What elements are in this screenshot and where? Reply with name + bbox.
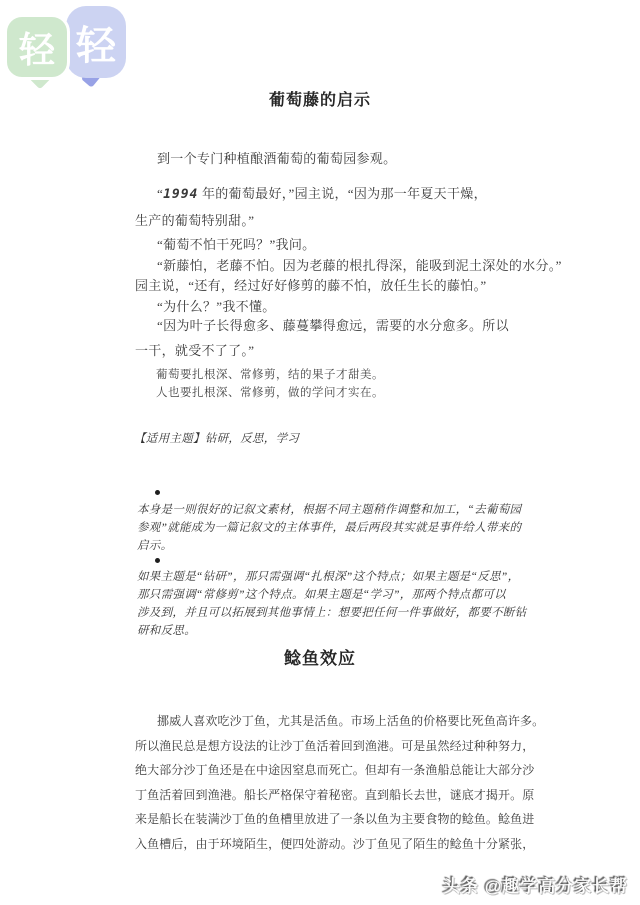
dialogue-line: “因为叶子长得愈多、藤蔓攀得愈远，需要的水分愈多。所以 (157, 318, 509, 334)
dialogue-line-1994: “1994 年的葡萄最好，”园主说，“因为那一年夏天干燥， (157, 186, 487, 203)
dialogue-line: “葡萄不怕干死吗？”我问。 (157, 237, 315, 253)
story-line: 绝大部分沙丁鱼还是在中途因窒息而死亡。但却有一条渔船总能让大部分沙 (135, 763, 534, 777)
qingqing-logo: 轻 轻 (0, 0, 140, 100)
moral-line: 人也要扎根深、常修剪，做的学问才实在。 (156, 387, 384, 401)
logo-blue-speech-bubble-icon: 轻 (66, 6, 126, 78)
note-line: 启示。 (137, 540, 172, 554)
story-line: 所以渔民总是想方设法的让沙丁鱼活着回到渔港。可是虽然经过种种努力， (135, 739, 534, 753)
article1-title: 葡萄藤的启示 (0, 87, 640, 110)
dialogue-line-1994-rest: 年的葡萄最好，”园主说，“因为那一年夏天干燥， (198, 186, 487, 201)
story-line: 丁鱼活着回到渔港。船长严格保守着秘密。直到船长去世，谜底才揭开。原 (135, 788, 534, 802)
note-bullet-icon (155, 558, 160, 563)
note-line: 参观”就能成为一篇记叙文的主体事件，最后两段其实就是事件给人带来的 (137, 522, 521, 536)
logo-left-character: 轻 (19, 22, 55, 73)
logo-green-speech-bubble-icon: 轻 (4, 14, 70, 80)
year-1994: 1994 (163, 187, 198, 202)
article1-intro-line: 到一个专门种植酿酒葡萄的葡萄园参观。 (157, 151, 396, 167)
applicable-topics-line: 【适用主题】钻研，反思，学习 (134, 433, 299, 447)
moral-line: 葡萄要扎根深、常修剪，结的果子才甜美。 (156, 369, 384, 383)
note-line: 研和反思。 (137, 625, 196, 639)
note-bullet-icon (155, 490, 160, 495)
dialogue-line: 一干，就受不了了。” (135, 343, 254, 359)
note-line: 涉及到，并且可以拓展到其他事情上：想要把任何一件事做好，都要不断钻 (137, 607, 526, 621)
logo-right-character: 轻 (76, 14, 116, 71)
note-line: 本身是一则很好的记叙文素材，根据不同主题稍作调整和加工，“去葡萄园 (137, 504, 521, 518)
dialogue-line: “为什么？”我不懂。 (157, 299, 276, 315)
story-line: 来是船长在装满沙丁鱼的鱼槽里放进了一条以鱼为主要食物的鲶鱼。鲶鱼进 (135, 812, 534, 826)
story-line: 入鱼槽后，由于环境陌生，便四处游动。沙丁鱼见了陌生的鲶鱼十分紧张， (135, 837, 534, 851)
document-page: 轻 轻 葡萄藤的启示 到一个专门种植酿酒葡萄的葡萄园参观。 “1994 年的葡萄… (0, 0, 640, 905)
dialogue-line: “新藤怕，老藤不怕。因为老藤的根扎得深，能吸到泥土深处的水分。” (157, 258, 562, 274)
article2-title: 鲶鱼效应 (0, 644, 640, 669)
dialogue-line: 园主说，“还有，经过好好修剪的藤不怕，放任生长的藤怕。” (135, 278, 486, 294)
story-line: 挪威人喜欢吃沙丁鱼，尤其是活鱼。市场上活鱼的价格要比死鱼高许多。 (157, 714, 544, 728)
toutiao-watermark: 头条 @趣学高分家长帮 (443, 872, 628, 897)
dialogue-line: 生产的葡萄特别甜。” (135, 213, 254, 229)
note-line: 如果主题是“钻研”，那只需强调“扎根深”这个特点；如果主题是“反思”， (137, 571, 519, 585)
note-line: 那只需强调“常修剪”这个特点。如果主题是“学习”，那两个特点都可以 (137, 589, 506, 603)
